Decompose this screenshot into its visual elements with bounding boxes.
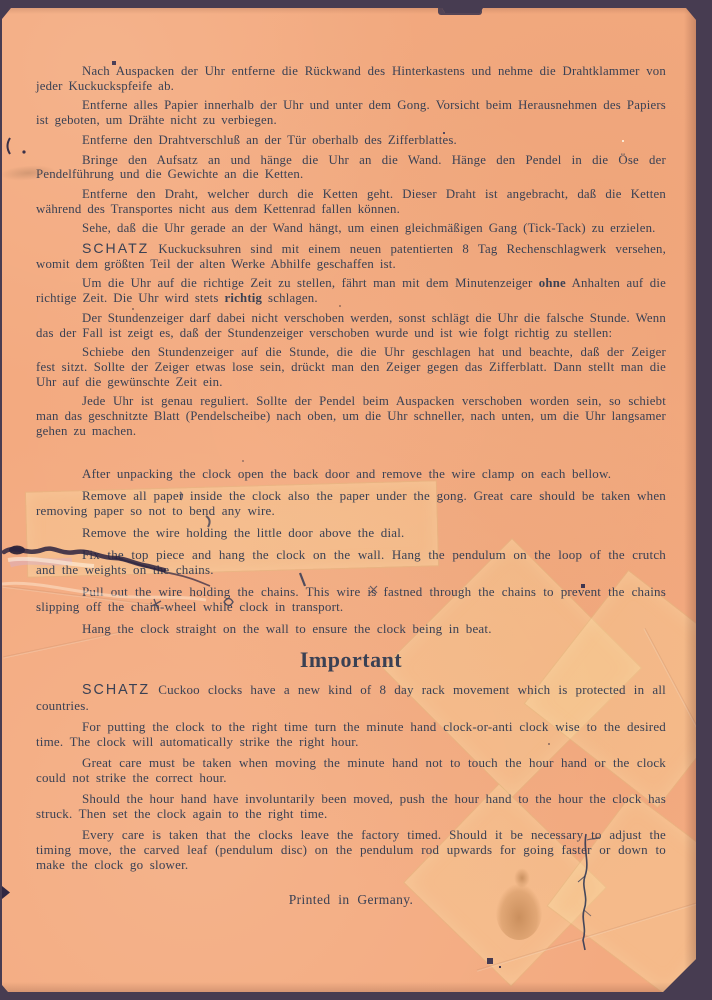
dust-specks — [2, 8, 4, 10]
stain-blot — [496, 884, 542, 940]
pen-marks — [2, 8, 696, 992]
stain-blot — [514, 868, 530, 888]
paper-edge-shadow — [2, 8, 696, 14]
scanned-document-screenshot: { "page": { "footer": "Printed in German… — [0, 0, 712, 1000]
paper-sheet: Nach Auspacken der Uhr entferne die Rück… — [2, 8, 696, 992]
paper-edge-shadow — [684, 8, 696, 992]
border-notch — [438, 8, 482, 15]
paper-edge-shadow — [2, 982, 696, 992]
scan-background: Nach Auspacken der Uhr entferne die Rück… — [0, 0, 712, 1000]
